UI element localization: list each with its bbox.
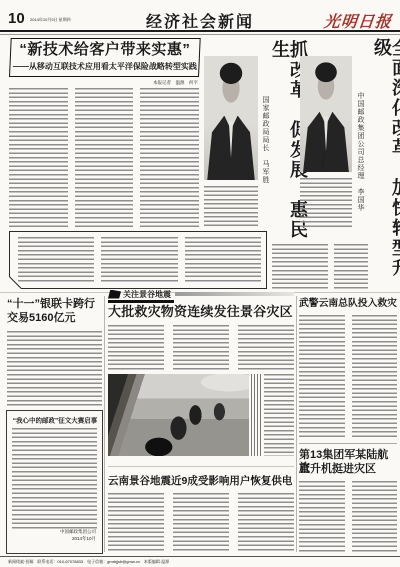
quake-section-banner: 关注景谷地震 [108, 289, 294, 299]
lead-body-columns [9, 88, 199, 228]
essay-signature-date: 2014年10月 [16, 535, 96, 542]
body-text-placeholder [9, 88, 68, 228]
body-text-placeholder [140, 88, 199, 228]
speech-byline-1: 国家邮政局局长 马军胜 [262, 96, 269, 206]
police-body-columns [299, 315, 397, 439]
speech-headline-2: 全面深化改革 加快转型升级 [373, 38, 400, 292]
essay-signature-org: 中国邮政集团公司 [16, 528, 96, 535]
power-body-columns [108, 493, 294, 552]
body-text-placeholder [300, 178, 352, 228]
right-col-rule [299, 443, 397, 444]
lead-byline: 本报记者 温源 何平 [60, 79, 198, 86]
quake-banner-label: 关注景谷地震 [123, 289, 171, 300]
body-text-placeholder [108, 493, 164, 552]
body-text-placeholder [204, 186, 258, 228]
footer-rule [0, 556, 400, 557]
header-rule [0, 30, 400, 32]
column-rule [296, 296, 297, 552]
army-headline-line2: 直升机挺进灾区 [299, 463, 397, 476]
lead-headline-box: “新技术给客户带来实惠” ——从移动互联技术应用看太平洋保险战略转型实践 [9, 38, 201, 77]
banner-gradient-bar [175, 292, 294, 296]
footer-text: 新闻线索·投稿 联系电话：010-67078833 电子信箱：gmrbjjsb@… [8, 559, 388, 565]
body-text-placeholder [299, 315, 345, 439]
banner-underbar [108, 300, 174, 303]
flag-icon [108, 290, 121, 299]
body-text-placeholder [101, 237, 177, 283]
masthead-logo: 光明日报 [323, 9, 393, 32]
body-text-placeholder [334, 244, 368, 289]
unionpay-headline-line2: 交易5160亿元 [7, 312, 103, 325]
body-text-placeholder [7, 331, 102, 406]
body-text-placeholder [238, 325, 294, 370]
lead-note-box [9, 231, 267, 289]
header-rule-thin [0, 34, 400, 35]
speech-byline-2: 中国邮政集团公司总经理 李国华 [357, 92, 364, 212]
essay-contest-box: “我心中的邮政”征文大赛启事 中国邮政集团公司 2014年10月 [6, 410, 103, 554]
body-text-placeholder [108, 325, 164, 370]
body-text-placeholder [352, 315, 398, 439]
body-text-placeholder [173, 325, 229, 370]
power-headline: 云南景谷地震近9成受影响用户恢复供电 [108, 475, 294, 487]
body-text-placeholder [238, 493, 294, 552]
body-text-placeholder [75, 88, 134, 228]
police-headline: 武警云南总队投入救灾 [299, 298, 397, 309]
body-text-placeholder [272, 244, 328, 289]
relief-supplies-photo [108, 374, 249, 456]
note-box-columns [18, 237, 261, 283]
body-text-placeholder [264, 374, 294, 456]
unionpay-headline-line1: “十一”银联卡跨行 [7, 298, 103, 311]
body-text-placeholder [18, 237, 94, 283]
body-text-placeholder [299, 481, 345, 552]
supplies-body-columns [108, 325, 294, 370]
body-text-placeholder [12, 428, 97, 531]
footer-wrap: 新闻线索·投稿 联系电话：010-67078833 电子信箱：gmrbjjsb@… [8, 559, 388, 567]
lead-subtitle: ——从移动互联技术应用看太平洋保险战略转型实践 [11, 61, 199, 72]
lead-headline: “新技术给客户带来实惠” [11, 41, 199, 60]
body-text-placeholder [185, 237, 261, 283]
supplies-headline: 大批救灾物资连续发往景谷灾区 [108, 305, 294, 320]
center-rule [108, 466, 294, 467]
newspaper-page: 10 2014年10月9日 星期四 经济社会新闻 光明日报 “新技术给客户带来实… [0, 0, 400, 567]
column-rule [104, 296, 105, 552]
official-portrait-photo-1 [204, 56, 258, 180]
army-body-columns [299, 481, 397, 552]
body-text-placeholder [352, 481, 398, 552]
essay-contest-title: “我心中的邮政”征文大赛启事 [8, 415, 101, 425]
body-text-placeholder [173, 493, 229, 552]
photo-caption-strip [251, 374, 261, 456]
